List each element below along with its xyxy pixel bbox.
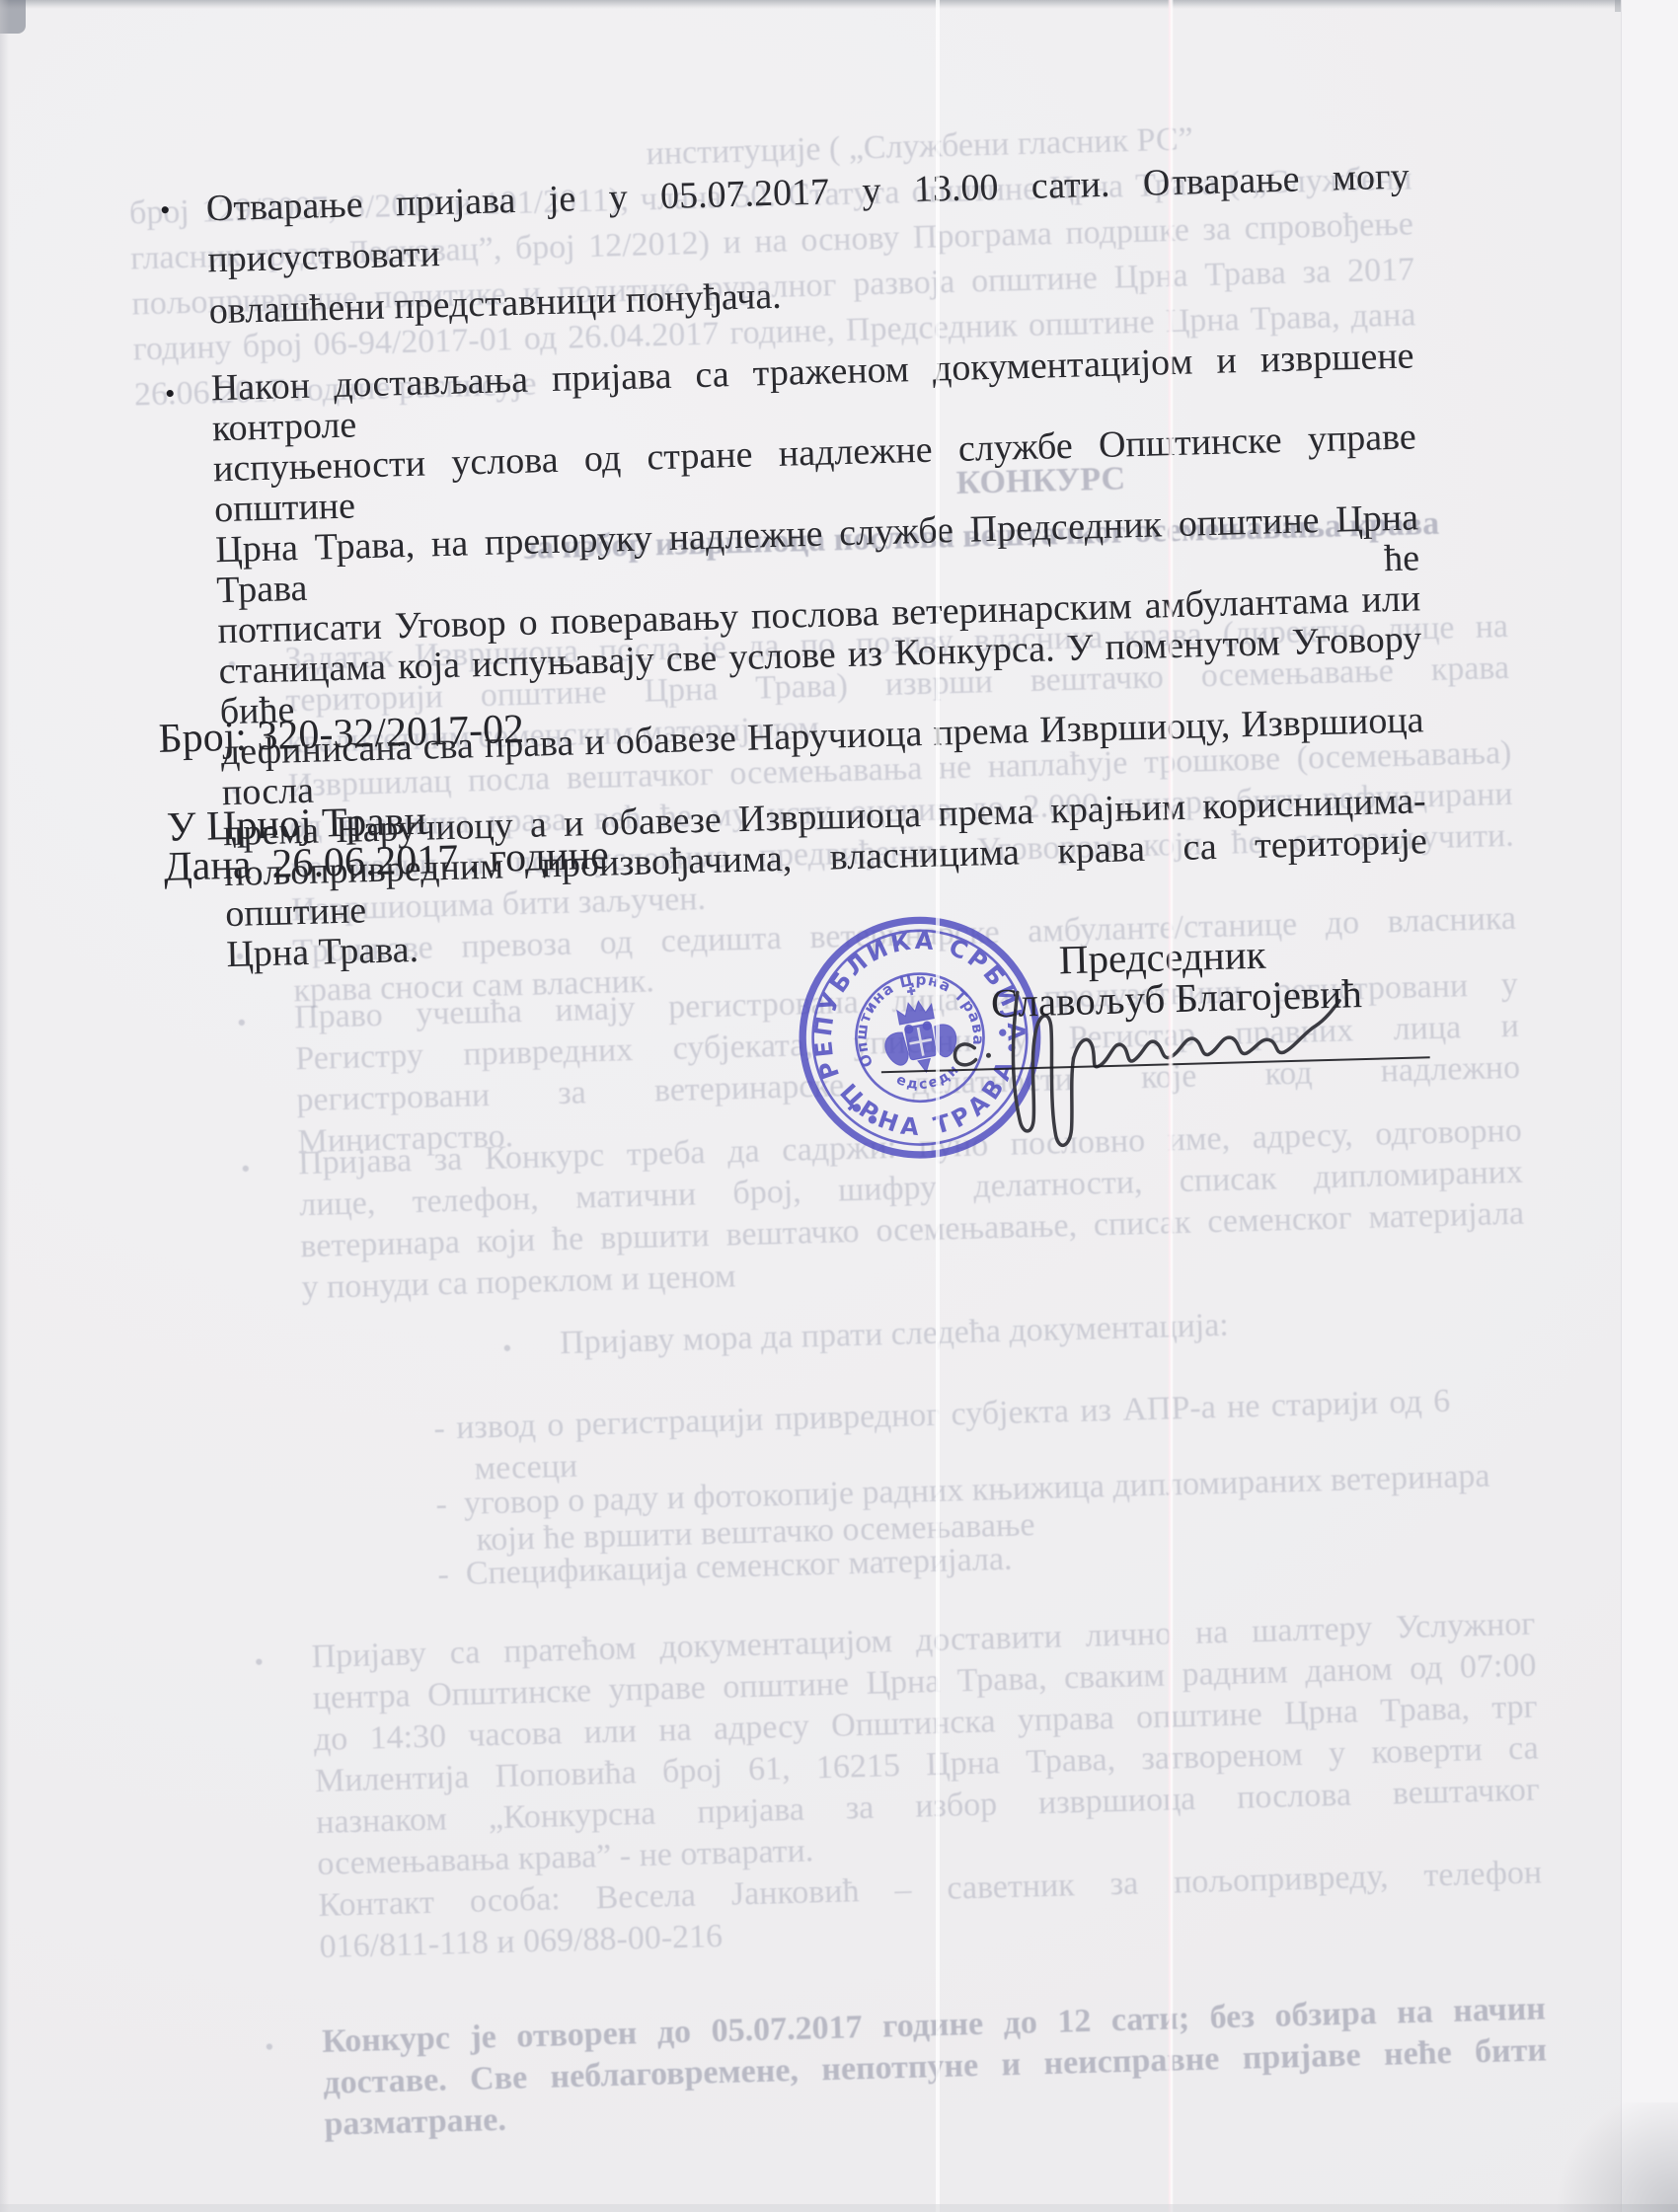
bleed-text-line: 016/811-118 и 069/88-00-216 [319,1918,723,1966]
signature-name: Славољуб Благојевић [990,969,1362,1027]
bleed-text-line: разматране. [324,2101,506,2144]
scanned-document-page: институције ( „Службени гласник РС”број … [0,0,1678,2212]
bleed-text-line: - извод о регистрацији привредног субјек… [433,1383,1451,1448]
bleed-bullet-marker: • [254,1643,264,1681]
bleed-bullet-marker: • [502,1330,512,1367]
page-content: институције ( „Службени гласник РС”број … [0,0,1678,2212]
paragraph-opening: Отварање пријава је у 05.07.2017 у 13.00… [205,150,1412,337]
bleed-bullet-marker: • [237,1005,247,1042]
bleed-bullet-marker: • [265,2028,274,2066]
bullet-marker: • [160,193,171,227]
reference-number: Број: 320-32/2017-02 [158,706,525,763]
bullet-marker: • [165,377,176,411]
bleed-text-line: у понуди са пореклом и ценом [301,1258,736,1307]
bleed-text-line: Пријаву мора да прати следећа документац… [560,1307,1230,1362]
bleed-bullet-marker: • [241,1151,251,1188]
